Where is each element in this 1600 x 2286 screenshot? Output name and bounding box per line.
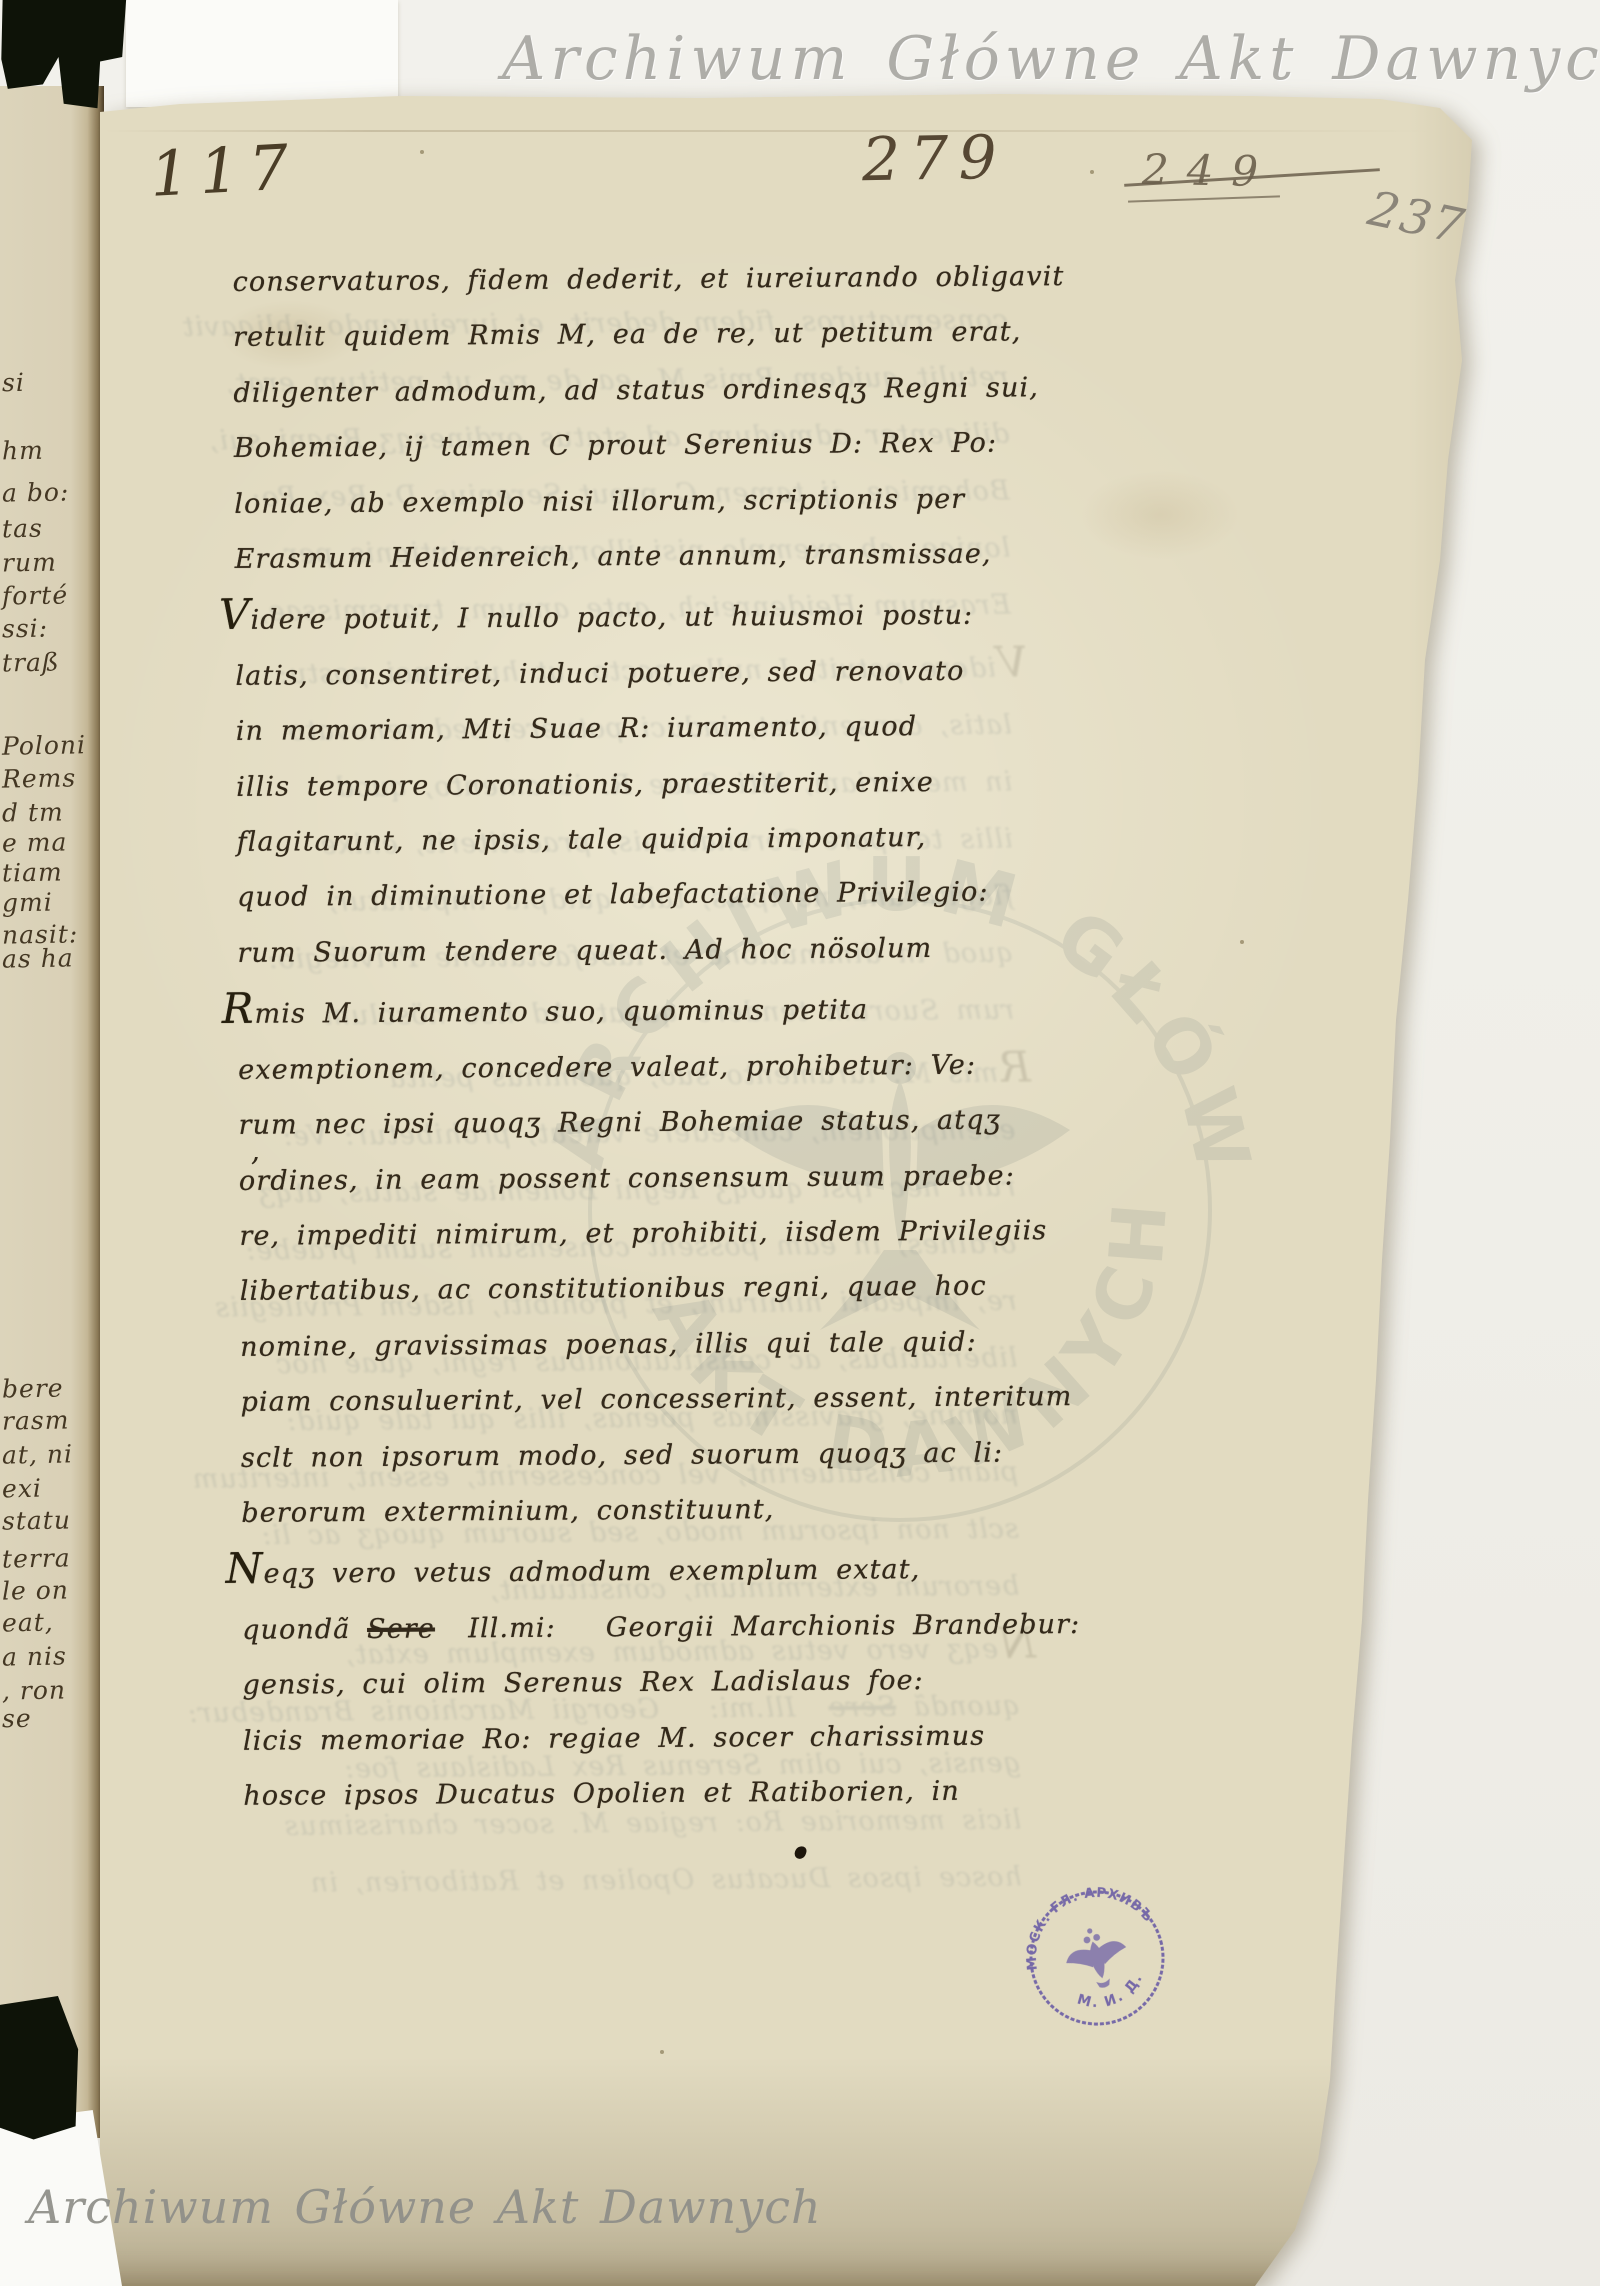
parchment-edge-shading bbox=[0, 0, 1600, 2286]
archive-watermark-bottom: Archiwum Główne Akt Dawnych bbox=[28, 2180, 822, 2234]
parchment-page: ARCHIWUM GŁÓWNE AKT DAWNYCH conservaturo… bbox=[0, 0, 1600, 2286]
manuscript-scan: sihma bo:tasrumfortéssi:traßPoloniRemsd … bbox=[0, 0, 1600, 2286]
parchment-wrap: ARCHIWUM GŁÓWNE AKT DAWNYCH conservaturo… bbox=[0, 0, 1600, 2286]
archive-watermark-top: Archiwum Główne Akt Dawnych bbox=[502, 24, 1600, 94]
